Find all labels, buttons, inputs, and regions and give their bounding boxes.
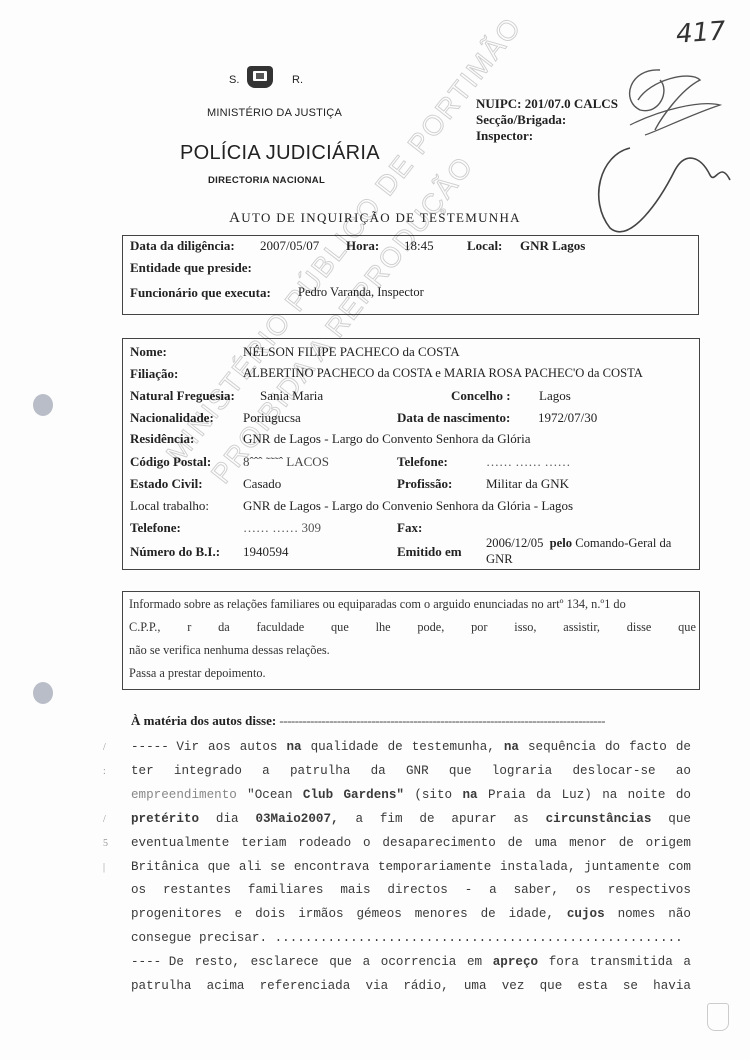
- margin-mark: |: [103, 862, 105, 873]
- nuipc-number: NUIPC: 201/07.0 CALCS: [476, 96, 618, 112]
- place-label: Local:: [467, 238, 502, 254]
- notice-line-3: não se verifica nenhuma dessas relações.: [129, 640, 330, 661]
- testimony-line: pretéritodia03Maio2007,afimdeapurarascir…: [131, 808, 691, 832]
- testimony-line: osrestantesfamiliaresmaisdirectos-asaber…: [131, 879, 691, 903]
- notice-line-4: Passa a prestar depoimento.: [129, 663, 266, 684]
- ministry-name: MINISTÉRIO DA JUSTIÇA: [207, 107, 342, 119]
- testimony-line: terintegradoapatrulhadaGNRquelograriades…: [131, 760, 691, 784]
- family-relations-notice: Informado sobre as relações familiares o…: [122, 591, 700, 690]
- workplace-label: Local trabalho:: [130, 498, 209, 514]
- name-label: Nome:: [130, 344, 167, 360]
- page-stamp-icon: [707, 1003, 729, 1031]
- civil-status-label: Estado Civil:: [130, 476, 203, 492]
- punch-hole: [33, 682, 53, 704]
- margin-mark: 5: [103, 838, 108, 849]
- testimony-line: eventualmenteteriamrodeadoodesaparecimen…: [131, 832, 691, 856]
- margin-mark: /: [103, 814, 106, 825]
- work-phone-label: Telefone:: [130, 520, 181, 536]
- inspector-label: Inspector:: [476, 128, 618, 144]
- testimony-line: Britânicaquealiseencontravatemporariamen…: [131, 856, 691, 880]
- margin-mark: /: [103, 742, 106, 753]
- place-value: GNR Lagos: [520, 238, 585, 254]
- testimony-body: ----- Viraosautosnaqualidadedetestemunha…: [131, 736, 691, 999]
- seccao-label: Secção/Brigada:: [476, 112, 618, 128]
- coat-of-arms-icon: [247, 66, 273, 88]
- notice-line-2: C.P.P., r da faculdade que lhe pode, por…: [129, 617, 696, 638]
- civil-status-value: Casado: [243, 476, 281, 492]
- id-number-label: Número do B.I.:: [130, 544, 220, 560]
- phone-value-redacted: …… …… ……: [486, 454, 571, 470]
- birth-date-label: Data de nascimento:: [397, 410, 510, 426]
- parents-label: Filiação:: [130, 366, 178, 382]
- officer-label: Funcionário que executa:: [130, 285, 271, 301]
- fax-label: Fax:: [397, 520, 422, 536]
- profession-value: Militar da GNK: [486, 476, 569, 492]
- testimony-line: consegue precisar. .....................…: [131, 927, 691, 951]
- residence-value: GNR de Lagos - Largo do Convento Senhora…: [243, 431, 531, 447]
- diligence-date-row: Data da diligência:: [130, 238, 235, 254]
- crest-letter-r: R.: [292, 74, 303, 86]
- profession-label: Profissão:: [397, 476, 452, 492]
- testimony-line: patrulhaacimareferenciadaviarádio,umavez…: [131, 975, 691, 999]
- phone-label: Telefone:: [397, 454, 448, 470]
- testimony-line: empreendimento"OceanClubGardens"(sitonaP…: [131, 784, 691, 808]
- margin-mark: :: [103, 766, 106, 777]
- birth-date-value: 1972/07/30: [538, 410, 597, 426]
- testimony-line: ---- Deresto,esclarecequeaocorrenciaemap…: [131, 951, 691, 975]
- testimony-heading: À matéria dos autos disse: -------------…: [131, 713, 605, 729]
- notice-line-1: Informado sobre as relações familiares o…: [129, 594, 626, 615]
- case-reference-block: NUIPC: 201/07.0 CALCS Secção/Brigada: In…: [476, 96, 618, 144]
- issued-details: 2006/12/05 pelo Comando-Geral da GNR: [486, 535, 671, 567]
- municipality-label: Concelho :: [451, 388, 511, 404]
- witness-identity-box: Nome: NÉLSON FILIPE PACHECO da COSTA Fil…: [122, 338, 700, 570]
- id-number-value: 1940594: [243, 544, 289, 560]
- workplace-value: GNR de Lagos - Largo do Convenio Senhora…: [243, 498, 573, 514]
- municipality-value: Lagos: [539, 388, 571, 404]
- agency-name: POLÍCIA JUDICIÁRIA: [180, 142, 380, 165]
- diligence-date: 2007/05/07: [260, 238, 319, 254]
- punch-hole: [33, 394, 53, 416]
- testimony-line: progenitoresedoisirmãosgémeosmenoresdeid…: [131, 903, 691, 927]
- presiding-entity-label: Entidade que preside:: [130, 260, 252, 276]
- crest-letter-s: S.: [229, 74, 239, 86]
- issued-label: Emitido em: [397, 544, 462, 560]
- testimony-line: ----- Viraosautosnaqualidadedetestemunha…: [131, 736, 691, 760]
- page-number-handwritten: 417: [675, 16, 727, 49]
- directorate-name: DIRECTORIA NACIONAL: [208, 175, 325, 186]
- work-phone-value: …… …… 309: [243, 520, 321, 536]
